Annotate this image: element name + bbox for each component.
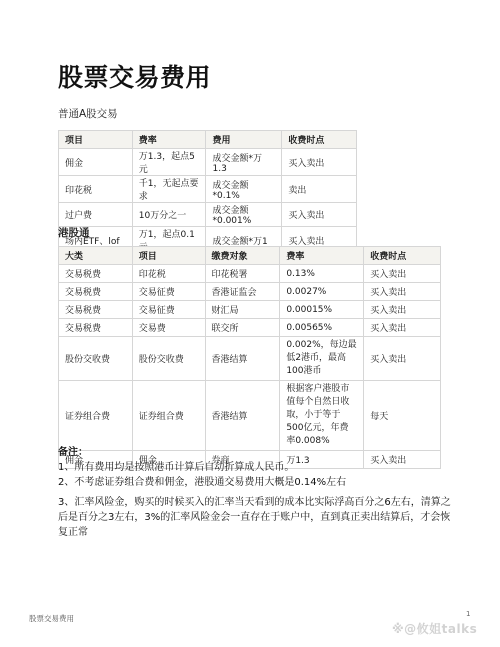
- table-cell: 交易征费: [132, 283, 205, 301]
- table-cell: 过户费: [59, 203, 133, 227]
- hk-connect-fee-table: 大类 项目 缴费对象 费率 收费时点 交易税费 印花税 印花税署 0.13% 买…: [58, 246, 441, 469]
- table-cell: 千1，无起点要求: [132, 176, 206, 203]
- table-cell: 印花税: [59, 176, 133, 203]
- table-cell: 证券组合费: [132, 381, 205, 451]
- table-cell: 买入卖出: [364, 265, 441, 283]
- table-cell: 0.002%，每边最低2港币，最高100港币: [280, 337, 364, 381]
- table-cell: 买入卖出: [364, 283, 441, 301]
- header-cell: 费率: [132, 131, 206, 149]
- table-header-row: 项目 费率 费用 收费时点: [59, 131, 357, 149]
- section-hk-connect-label: 港股通: [58, 225, 90, 240]
- table-cell: 证券组合费: [59, 381, 133, 451]
- table-cell: 买入卖出: [364, 319, 441, 337]
- header-cell: 收费时点: [282, 131, 357, 149]
- footer-doc-title: 股票交易费用: [29, 613, 74, 624]
- section-a-share-label: 普通A股交易: [58, 106, 118, 121]
- table-row: 交易税费 交易征费 财汇局 0.00015% 买入卖出: [59, 301, 441, 319]
- table-cell: 交易税费: [59, 301, 133, 319]
- table-cell: 交易费: [132, 319, 205, 337]
- table-cell: 万1.3，起点5元: [132, 149, 206, 176]
- table-cell: 印花税署: [205, 265, 280, 283]
- table-cell: 香港结算: [205, 381, 280, 451]
- table-cell: 买入卖出: [364, 301, 441, 319]
- a-share-fee-table: 项目 费率 费用 收费时点 佣金 万1.3，起点5元 成交金额*万1.3 买入卖…: [58, 130, 357, 254]
- notes-section: 备注： 1、所有费用均是按照港币计算后自动折算成人民币。 2、不考虑证券组合费和…: [58, 445, 458, 540]
- header-cell: 费率: [280, 247, 364, 265]
- table-cell: 香港结算: [205, 337, 280, 381]
- table-cell: 0.00015%: [280, 301, 364, 319]
- table-cell: 交易征费: [132, 301, 205, 319]
- table-cell: 股份交收费: [132, 337, 205, 381]
- page-title: 股票交易费用: [58, 58, 211, 94]
- table-row: 佣金 万1.3，起点5元 成交金额*万1.3 买入卖出: [59, 149, 357, 176]
- table-cell: 10万分之一: [132, 203, 206, 227]
- table-row: 交易税费 交易征费 香港证监会 0.0027% 买入卖出: [59, 283, 441, 301]
- header-cell: 收费时点: [364, 247, 441, 265]
- header-cell: 大类: [59, 247, 133, 265]
- table-cell: 买入卖出: [282, 149, 357, 176]
- table-cell: 交易税费: [59, 283, 133, 301]
- table-cell: 0.0027%: [280, 283, 364, 301]
- table-row: 过户费 10万分之一 成交金额*0.001% 买入卖出: [59, 203, 357, 227]
- table-row: 股份交收费 股份交收费 香港结算 0.002%，每边最低2港币，最高100港币 …: [59, 337, 441, 381]
- table-cell: 每天: [364, 381, 441, 451]
- note-item: 3、汇率风险金，购买的时候买入的汇率当天看到的成本比实际浮高百分之6左右，清算之…: [58, 495, 458, 540]
- header-cell: 费用: [206, 131, 282, 149]
- table-cell: 成交金额*0.001%: [206, 203, 282, 227]
- table-cell: 0.13%: [280, 265, 364, 283]
- notes-heading: 备注：: [58, 445, 458, 460]
- header-cell: 缴费对象: [205, 247, 280, 265]
- table-row: 证券组合费 证券组合费 香港结算 根据客户港股市值每个自然日收取，小于等于500…: [59, 381, 441, 451]
- table-cell: 买入卖出: [364, 337, 441, 381]
- table-cell: 香港证监会: [205, 283, 280, 301]
- table-cell: 交易税费: [59, 319, 133, 337]
- table-cell: 卖出: [282, 176, 357, 203]
- table-cell: 股份交收费: [59, 337, 133, 381]
- table-cell: 0.00565%: [280, 319, 364, 337]
- note-item: 1、所有费用均是按照港币计算后自动折算成人民币。: [58, 460, 458, 475]
- table-row: 交易税费 交易费 联交所 0.00565% 买入卖出: [59, 319, 441, 337]
- table-cell: 根据客户港股市值每个自然日收取，小于等于500亿元，年费率0.008%: [280, 381, 364, 451]
- note-item: 2、不考虑证券组合费和佣金，港股通交易费用大概是0.14%左右: [58, 475, 458, 490]
- header-cell: 项目: [59, 131, 133, 149]
- table-cell: 成交金额*0.1%: [206, 176, 282, 203]
- table-row: 印花税 千1，无起点要求 成交金额*0.1% 卖出: [59, 176, 357, 203]
- table-cell: 佣金: [59, 149, 133, 176]
- table-cell: 财汇局: [205, 301, 280, 319]
- header-cell: 项目: [132, 247, 205, 265]
- table-cell: 联交所: [205, 319, 280, 337]
- watermark: ※@攸姐talks: [392, 620, 477, 637]
- table-cell: 交易税费: [59, 265, 133, 283]
- table-header-row: 大类 项目 缴费对象 费率 收费时点: [59, 247, 441, 265]
- table-cell: 成交金额*万1.3: [206, 149, 282, 176]
- table-row: 交易税费 印花税 印花税署 0.13% 买入卖出: [59, 265, 441, 283]
- table-cell: 买入卖出: [282, 203, 357, 227]
- page-number: 1: [466, 610, 470, 618]
- table-cell: 印花税: [132, 265, 205, 283]
